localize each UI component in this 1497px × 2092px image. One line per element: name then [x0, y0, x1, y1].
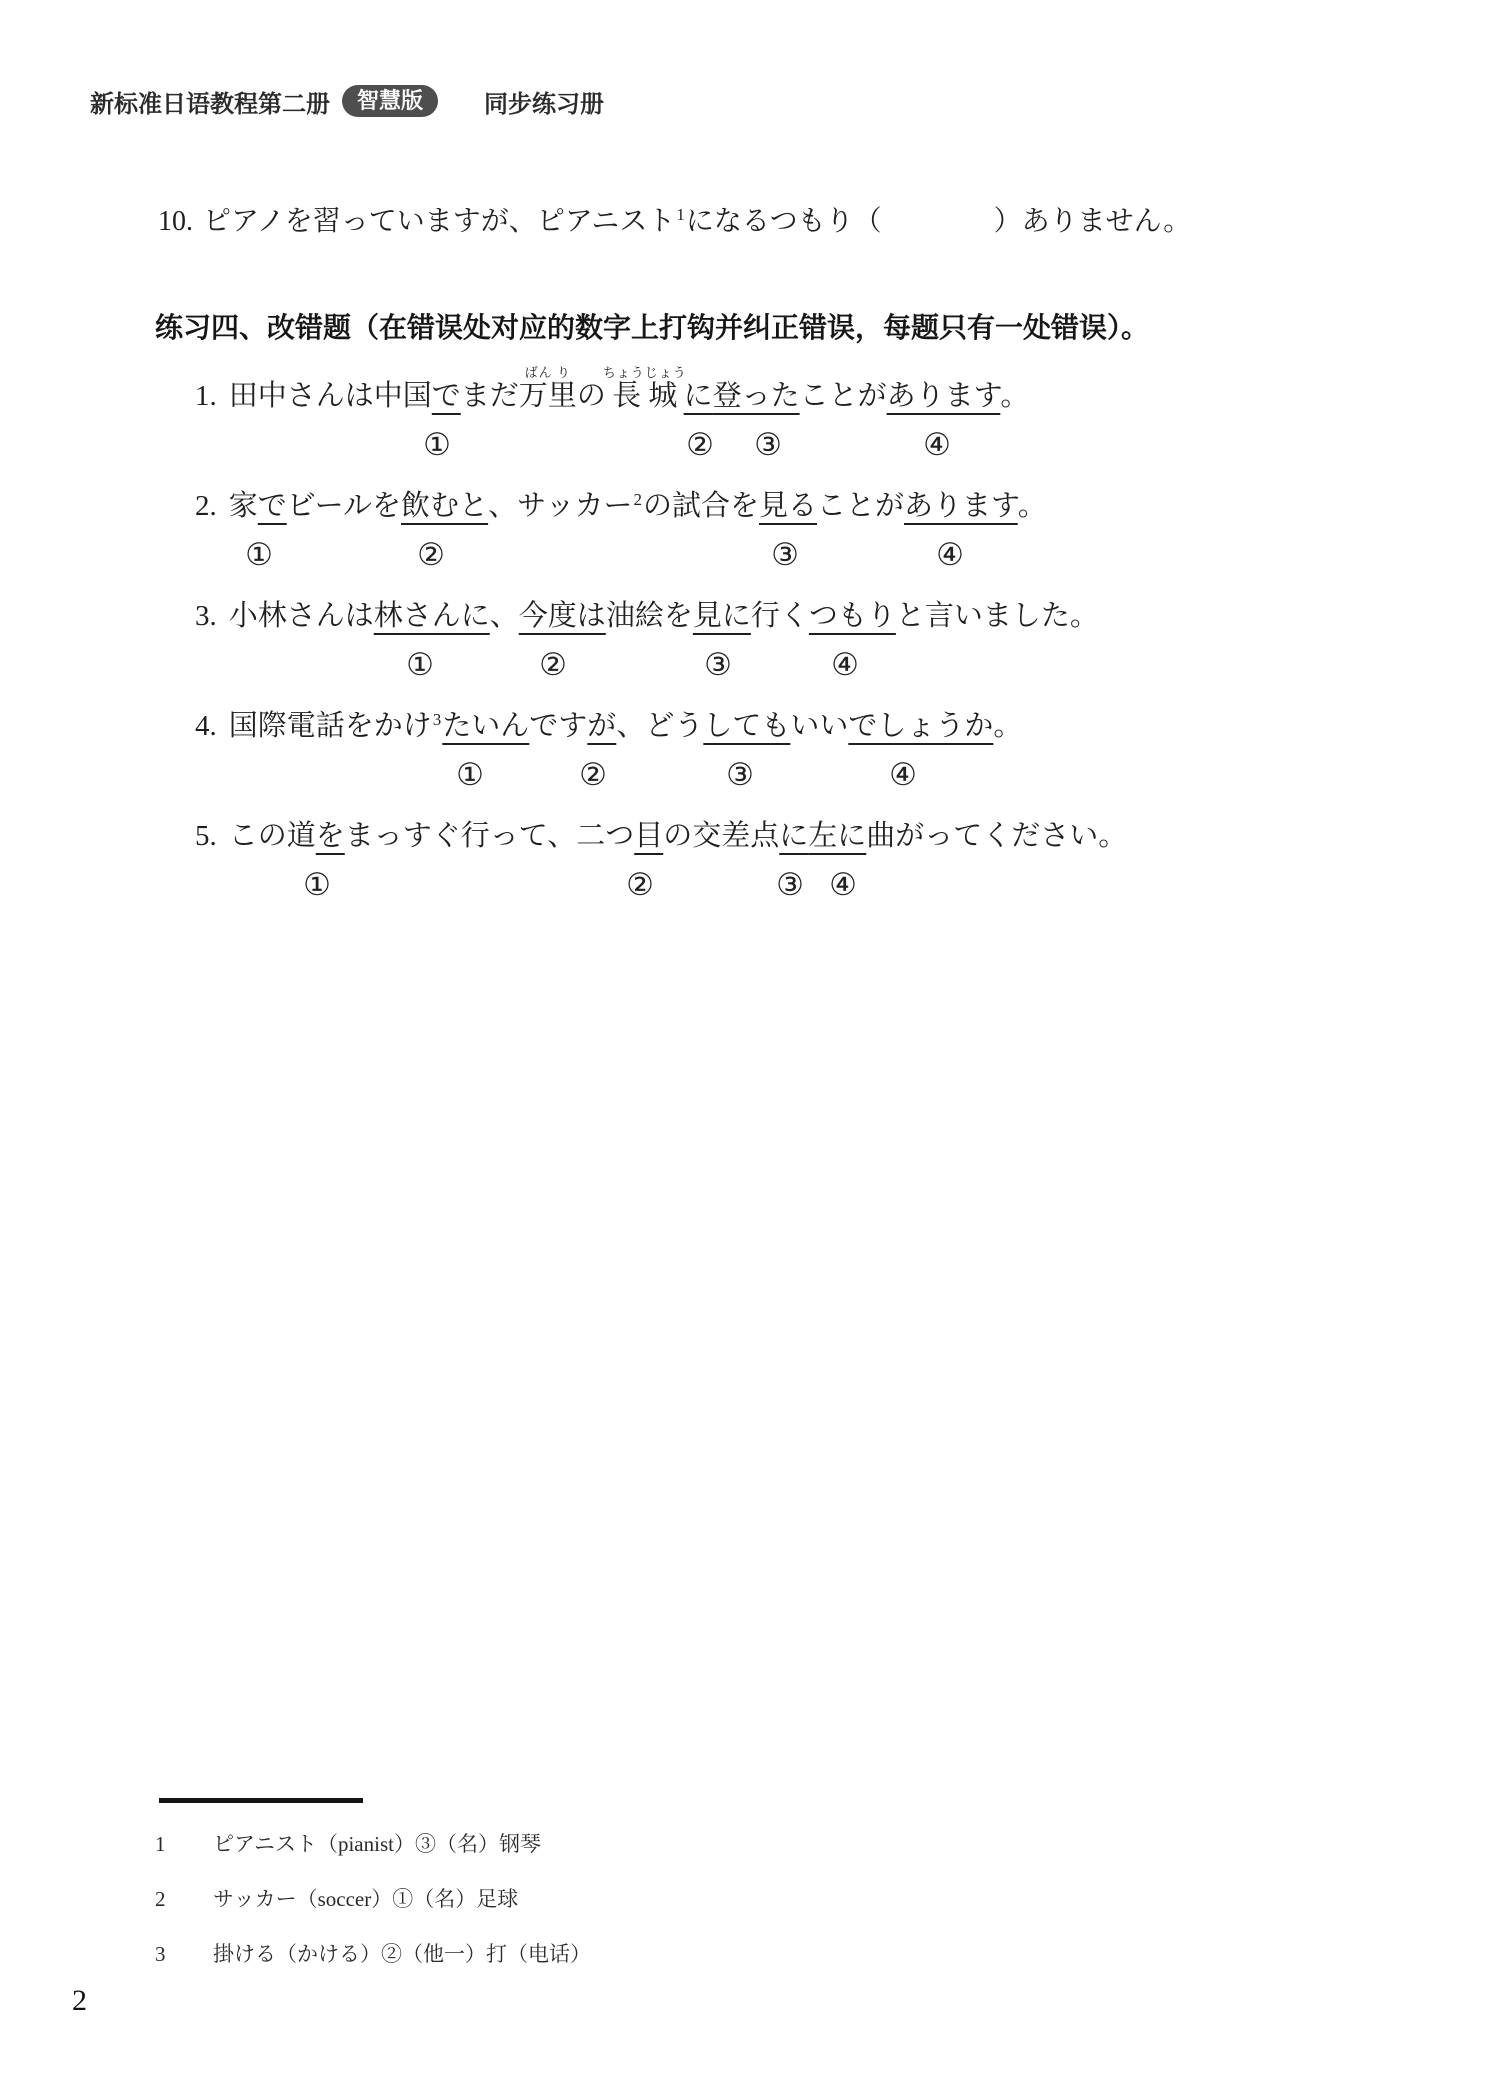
underlined-segment: で [432, 380, 461, 412]
circled-number-marker: ④ [936, 537, 964, 573]
footnote-ref-3: 3 [433, 710, 442, 729]
item-text-after-ref: になるつもり（ ）ありません。 [686, 206, 1191, 237]
ruby-word: 万里ばん り [519, 380, 577, 412]
question-sentence: 田中さんは中国でまだ万里ばん りの長 城ちょうじょうに登ったことがあります。 [229, 380, 1030, 412]
underlined-segment: あります [887, 380, 1001, 412]
question-sentence: 小林さんは林さんに、今度は油絵を見に行くつもりと言いました。 [229, 600, 1099, 632]
page-number: 2 [72, 1984, 87, 2018]
text-segment: 油絵を [606, 600, 693, 632]
underlined-segment: 飲むと [401, 490, 488, 522]
question-sentence: この道をまっすぐ行って、二つ目の交差点に左に曲がってください。 [229, 820, 1128, 852]
underlined-segment: 左に [808, 820, 866, 852]
course-title: 新标准日语教程第二册 [90, 84, 330, 119]
text-segment: の交差点 [663, 820, 779, 852]
underlined-segment: 目 [634, 820, 663, 852]
text-segment: 国際電話をかけ [229, 710, 432, 742]
question-number: 5. [195, 820, 217, 852]
circled-number-marker: ③ [704, 647, 732, 683]
underlined-segment: 登った [713, 380, 800, 412]
footnote-1: 1 ピアニスト（pianist）③（名）钢琴 [155, 1827, 591, 1861]
underlined-segment: に [779, 820, 808, 852]
underlined-segment: を [316, 820, 345, 852]
text-segment: 行く [751, 600, 809, 632]
question-2: 2.家でビールを飲むと、サッカー2の試合を見ることがあります。 ①②③④ [155, 485, 1445, 581]
question-number: 4. [195, 710, 217, 742]
text-segment: の [577, 380, 606, 412]
question-text-line: 1.田中さんは中国でまだ万里ばん りの長 城ちょうじょうに登ったことがあります。 [155, 365, 1445, 417]
underlined-segment: 見る [759, 490, 817, 522]
circled-number-marker: ② [417, 537, 445, 573]
text-segment: ビールを [287, 490, 401, 522]
choice-markers-row: ①②③④ [155, 757, 1445, 801]
text-segment: 家 [229, 490, 258, 522]
question-sentence: 国際電話をかけ3たいんですが、どうしてもいいでしょうか。 [229, 710, 1023, 742]
question-text-line: 3.小林さんは林さんに、今度は油絵を見に行くつもりと言いました。 [155, 595, 1445, 637]
ruby-word: 長 城ちょうじょう [606, 380, 684, 412]
circled-number-marker: ③ [771, 537, 799, 573]
text-segment: まっすぐ行って、二つ [345, 820, 634, 852]
choice-markers-row: ①②③④ [155, 537, 1445, 581]
circled-number-marker: ④ [889, 757, 917, 793]
question-number: 2. [195, 490, 217, 522]
item-number: 10. [158, 206, 193, 237]
underlined-segment: に [684, 380, 713, 412]
footnote-text: 掛ける（かける）②（他一）打（电话） [213, 1937, 591, 1971]
furigana: ちょうじょう [603, 365, 687, 380]
footnote-number: 2 [155, 1882, 213, 1916]
underlined-segment: つもり [809, 600, 896, 632]
question-5: 5.この道をまっすぐ行って、二つ目の交差点に左に曲がってください。 ①②③④ [155, 815, 1445, 911]
underlined-segment: 見に [693, 600, 751, 632]
circled-number-marker: ① [406, 647, 434, 683]
choice-markers-row: ①②③④ [155, 867, 1445, 911]
underlined-segment: しても [703, 710, 790, 742]
item-text-before-ref: ピアノを習っていますが、ピアニスト [203, 206, 675, 237]
question-1: 1.田中さんは中国でまだ万里ばん りの長 城ちょうじょうに登ったことがあります。… [155, 365, 1445, 471]
page-header: 新标准日语教程第二册 智慧版 同步练习册 [90, 84, 604, 118]
underlined-segment: たいん [442, 710, 529, 742]
text-segment: いい [790, 710, 848, 742]
footnote-number: 3 [155, 1937, 213, 1971]
footnote-ref-1: 1 [676, 205, 685, 224]
footnote-3: 3 掛ける（かける）②（他一）打（电话） [155, 1937, 591, 1971]
circled-number-marker: ② [579, 757, 607, 793]
text-segment: と言いました。 [896, 600, 1099, 632]
question-text-line: 4.国際電話をかけ3たいんですが、どうしてもいいでしょうか。 [155, 705, 1445, 747]
text-segment: 、どう [616, 710, 703, 742]
footnotes-block: 1 ピアニスト（pianist）③（名）钢琴 2 サッカー（soccer）①（名… [155, 1798, 591, 1992]
text-segment: 田中さんは中国 [229, 380, 432, 412]
question-3: 3.小林さんは林さんに、今度は油絵を見に行くつもりと言いました。 ①②③④ [155, 595, 1445, 691]
text-segment: です [529, 710, 587, 742]
workbook-title: 同步练习册 [484, 84, 604, 119]
footnote-2: 2 サッカー（soccer）①（名）足球 [155, 1882, 591, 1916]
text-segment: 小林さんは [229, 600, 374, 632]
circled-number-marker: ① [423, 427, 451, 463]
question-number: 1. [195, 380, 217, 412]
text-segment: まだ [461, 380, 519, 412]
choice-markers-row: ①②③④ [155, 647, 1445, 691]
circled-number-marker: ③ [754, 427, 782, 463]
circled-number-marker: ④ [923, 427, 951, 463]
edition-badge: 智慧版 [342, 85, 438, 117]
circled-number-marker: ② [626, 867, 654, 903]
question-text-line: 5.この道をまっすぐ行って、二つ目の交差点に左に曲がってください。 [155, 815, 1445, 857]
footnote-text: ピアニスト（pianist）③（名）钢琴 [213, 1827, 541, 1861]
question-4: 4.国際電話をかけ3たいんですが、どうしてもいいでしょうか。 ①②③④ [155, 705, 1445, 801]
underlined-segment: で [258, 490, 287, 522]
underlined-segment: 林さんに [374, 600, 490, 632]
footnote-rule [159, 1798, 363, 1803]
underlined-segment: が [587, 710, 616, 742]
underlined-segment: あります [904, 490, 1018, 522]
text-segment: 曲がってください。 [866, 820, 1127, 852]
footnote-text: サッカー（soccer）①（名）足球 [213, 1882, 518, 1916]
question-text-line: 2.家でビールを飲むと、サッカー2の試合を見ることがあります。 [155, 485, 1445, 527]
furigana: ばん り [519, 365, 577, 380]
text-segment: 。 [1000, 380, 1029, 412]
text-segment: ことが [817, 490, 904, 522]
exercise-item-10: 10.ピアノを習っていますが、ピアニスト1になるつもり（ ）ありません。 [158, 202, 1191, 242]
circled-number-marker: ③ [726, 757, 754, 793]
circled-number-marker: ③ [776, 867, 804, 903]
circled-number-marker: ① [456, 757, 484, 793]
underlined-segment: 今度は [519, 600, 606, 632]
text-segment: 、 [490, 600, 519, 632]
underlined-segment: でしょうか [848, 710, 993, 742]
text-segment: ことが [800, 380, 887, 412]
circled-number-marker: ④ [829, 867, 857, 903]
circled-number-marker: ④ [831, 647, 859, 683]
circled-number-marker: ① [245, 537, 273, 573]
workbook-page: { "page": { "page_number": "2", "backgro… [0, 0, 1497, 2092]
text-segment: 、サッカー [488, 490, 632, 522]
circled-number-marker: ② [686, 427, 714, 463]
footnote-number: 1 [155, 1827, 213, 1861]
text-segment: 。 [1018, 490, 1047, 522]
footnote-ref-2: 2 [633, 490, 642, 509]
choice-markers-row: ①②③④ [155, 427, 1445, 471]
section-heading: 练习四、改错题（在错误处对应的数字上打钩并纠正错误，每题只有一处错误）。 [155, 306, 1149, 346]
text-segment: この道 [229, 820, 316, 852]
question-number: 3. [195, 600, 217, 632]
text-segment: の試合を [643, 490, 759, 522]
circled-number-marker: ① [303, 867, 331, 903]
text-segment: 。 [993, 710, 1022, 742]
circled-number-marker: ② [539, 647, 567, 683]
question-sentence: 家でビールを飲むと、サッカー2の試合を見ることがあります。 [229, 490, 1047, 522]
